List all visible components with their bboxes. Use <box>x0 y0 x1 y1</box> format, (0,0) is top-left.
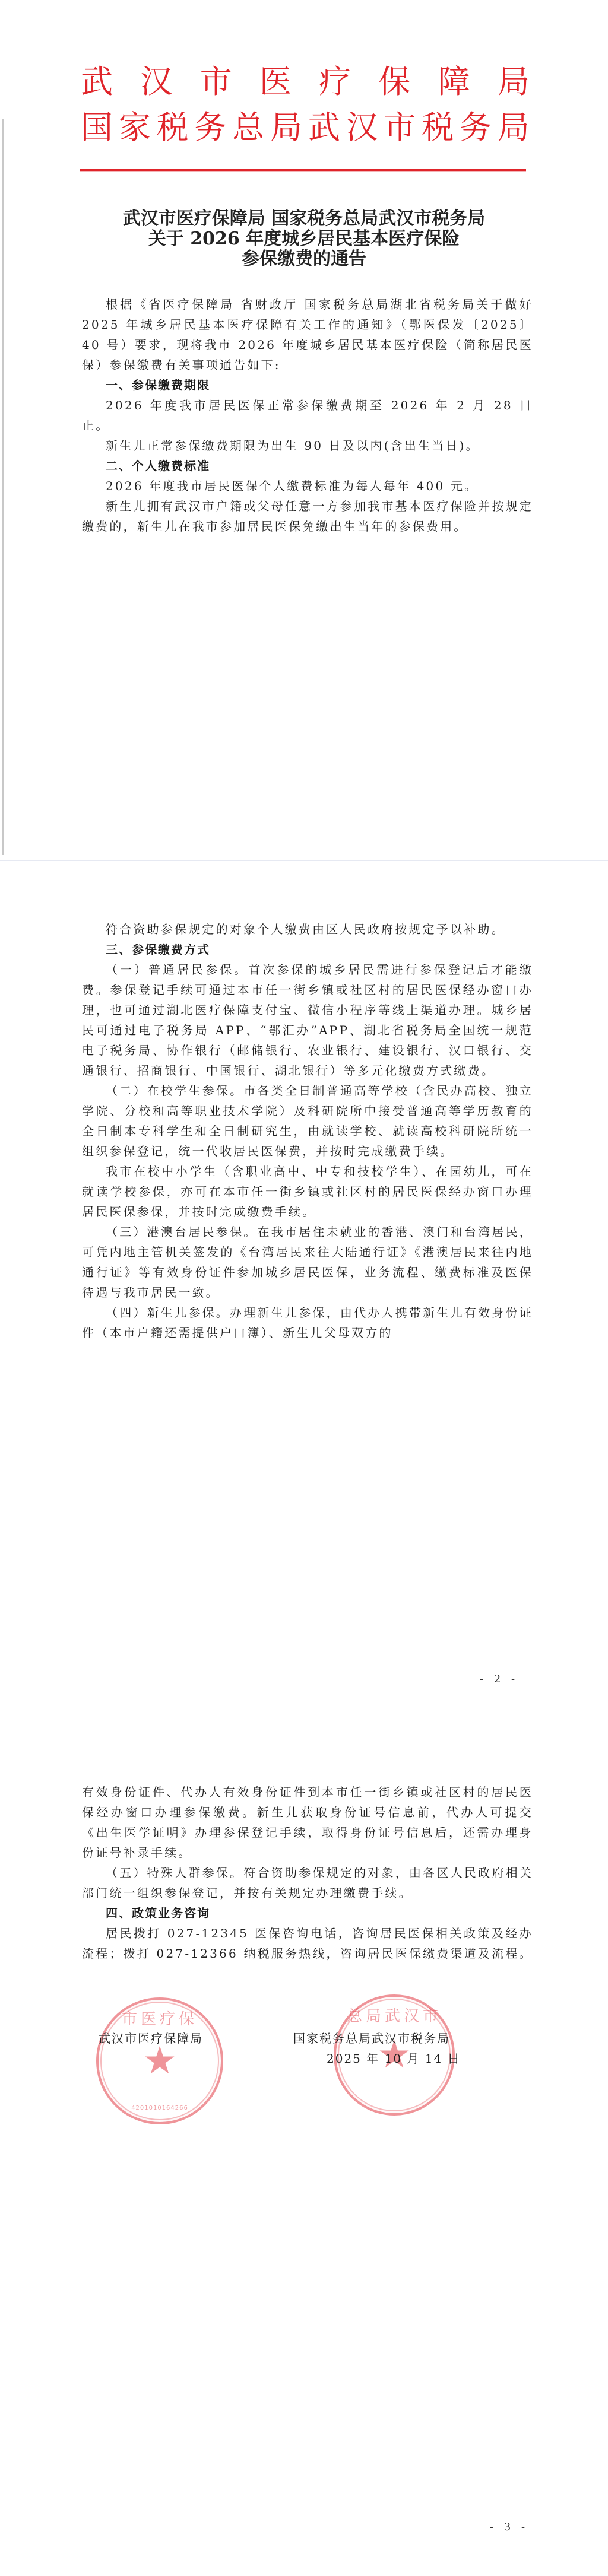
document-page-1: 武 汉 市 医 疗 保 障 局 国 家 税 务 总 局 武 汉 市 税 务 局 … <box>0 0 608 860</box>
header-char: 局 <box>498 64 530 100</box>
header-char: 汉 <box>346 110 378 145</box>
signature-tax-bureau: 国家税务总局武汉市税务局 <box>293 2029 450 2046</box>
section-heading-1: 一、参保缴费期限 <box>82 375 533 395</box>
paragraph: 有效身份证件、代办人有效身份证件到本市任一街乡镇或社区村的居民医保经办窗口办理参… <box>82 1782 533 1863</box>
star-icon: ★ <box>142 2042 176 2080</box>
official-seal-medical-security: 市医疗保 ★ 4201010164266 <box>96 1997 223 2124</box>
seal-text: 总局武汉市 <box>336 2004 452 2026</box>
paragraph: （一）普通居民参保。首次参保的城乡居民需进行参保登记后才能缴费。参保登记手续可通… <box>82 960 533 1081</box>
title-line-2: 关于 2026 年度城乡居民基本医疗保险 <box>0 229 608 249</box>
page-1-body: 根据《省医疗保障局 省财政厅 国家税务总局湖北省税务局关于做好 2025 年城乡… <box>82 294 533 536</box>
header-char: 税 <box>422 110 454 145</box>
header-char: 障 <box>438 64 470 100</box>
document-title: 武汉市医疗保障局 国家税务总局武汉市税务局 关于 2026 年度城乡居民基本医疗… <box>0 209 608 269</box>
title-line-3: 参保缴费的通告 <box>0 249 608 269</box>
header-char: 市 <box>384 110 416 145</box>
section-heading-4: 四、政策业务咨询 <box>82 1903 533 1923</box>
paragraph: （三）港澳台居民参保。在我市居住未就业的香港、澳门和台湾居民，可凭内地主管机关签… <box>82 1222 533 1303</box>
paragraph: 2026 年度我市居民医保正常参保缴费期至 2026 年 2 月 28 日止。 <box>82 395 533 436</box>
header-char: 务 <box>460 110 492 145</box>
seal-text: 市医疗保 <box>99 2007 221 2029</box>
header-char: 务 <box>194 110 226 145</box>
header-char: 武 <box>308 110 340 145</box>
header-char: 汉 <box>140 64 172 100</box>
document-page-3: 有效身份证件、代办人有效身份证件到本市任一街乡镇或社区村的居民医保经办窗口办理参… <box>0 1721 608 2576</box>
intro-paragraph: 根据《省医疗保障局 省财政厅 国家税务总局湖北省税务局关于做好 2025 年城乡… <box>82 294 533 375</box>
section-heading-2: 二、个人缴费标准 <box>82 456 533 476</box>
paragraph: （二）在校学生参保。市各类全日制普通高等学校（含民办高校、独立学院、分校和高等职… <box>82 1081 533 1161</box>
document-page-2: 符合资助参保规定的对象个人缴费由区人民政府按规定予以补助。 三、参保缴费方式 （… <box>0 860 608 1721</box>
paragraph: 符合资助参保规定的对象个人缴费由区人民政府按规定予以补助。 <box>82 919 533 939</box>
header-char: 家 <box>119 110 151 145</box>
signature-medical-security-bureau: 武汉市医疗保障局 <box>99 2029 203 2046</box>
paragraph: 我市在校中小学生（含职业高中、中专和技校学生）、在园幼儿，可在就读学校参保，亦可… <box>82 1161 533 1222</box>
page-number: - 3 - <box>490 2521 528 2533</box>
red-divider-rule <box>80 169 526 171</box>
paragraph: 新生儿拥有武汉市户籍或父母任意一方参加我市基本医疗保险并按规定缴费的，新生儿在我… <box>82 496 533 536</box>
red-header-org-2: 国 家 税 务 总 局 武 汉 市 税 务 局 <box>81 110 530 145</box>
issue-date: 2025 年 10 月 14 日 <box>327 2049 461 2066</box>
header-char: 市 <box>200 64 232 100</box>
page-number: - 2 - <box>480 1673 518 1685</box>
header-char: 保 <box>378 64 410 100</box>
paragraph: （四）新生儿参保。办理新生儿参保，由代办人携带新生儿有效身份证件（本市户籍还需提… <box>82 1303 533 1343</box>
header-char: 税 <box>157 110 189 145</box>
page-3-body: 有效身份证件、代办人有效身份证件到本市任一街乡镇或社区村的居民医保经办窗口办理参… <box>82 1782 533 1964</box>
title-line-1: 武汉市医疗保障局 国家税务总局武汉市税务局 <box>0 209 608 229</box>
header-char: 国 <box>81 110 113 145</box>
paragraph: 2026 年度我市居民医保个人缴费标准为每人每年 400 元。 <box>82 476 533 496</box>
header-char: 局 <box>270 110 302 145</box>
header-char: 疗 <box>319 64 351 100</box>
paragraph: 居民拨打 027-12345 医保咨询电话，咨询居民医保相关政策及经办流程；拨打… <box>82 1923 533 1964</box>
header-char: 武 <box>81 64 113 100</box>
seal-code: 4201010164266 <box>99 2105 221 2111</box>
red-header-org-1: 武 汉 市 医 疗 保 障 局 <box>81 64 530 100</box>
header-char: 总 <box>232 110 264 145</box>
header-char: 医 <box>259 64 292 100</box>
paragraph: 新生儿正常参保缴费期限为出生 90 日及以内(含出生当日)。 <box>82 436 533 456</box>
paragraph: （五）特殊人群参保。符合资助参保规定的对象，由各区人民政府相关部门统一组织参保登… <box>82 1863 533 1903</box>
section-heading-3: 三、参保缴费方式 <box>82 939 533 960</box>
page-2-body: 符合资助参保规定的对象个人缴费由区人民政府按规定予以补助。 三、参保缴费方式 （… <box>82 919 533 1343</box>
header-char: 局 <box>498 110 530 145</box>
